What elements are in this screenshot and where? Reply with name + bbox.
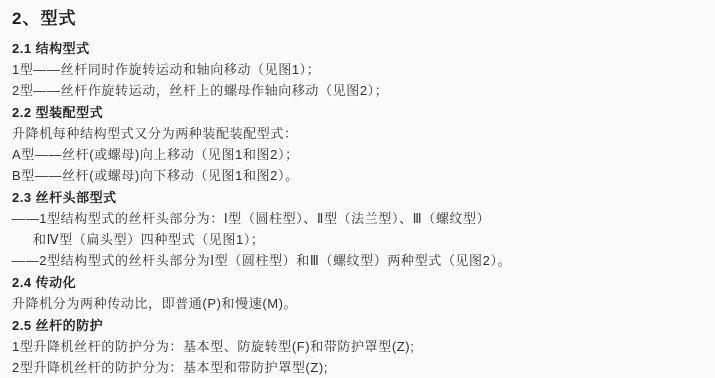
section-heading: 2.5 丝杆的防护 [12, 315, 695, 336]
body-line: 2型升降机丝杆的防护分为：基本型和带防护罩型(Z); [12, 357, 695, 378]
section-screw-head-type: 2.3 丝杆头部型式 ——1型结构型式的丝杆头部分为：Ⅰ型（圆柱型）、Ⅱ型（法兰… [12, 187, 695, 271]
body-line: 1型升降机丝杆的防护分为：基本型、防旋转型(F)和带防护罩型(Z); [12, 336, 695, 357]
section-heading: 2.4 传动化 [12, 272, 695, 293]
body-line: 2型——丝杆作旋转运动，丝杆上的螺母作轴向移动（见图2）； [12, 80, 695, 101]
section-screw-protection: 2.5 丝杆的防护 1型升降机丝杆的防护分为：基本型、防旋转型(F)和带防护罩型… [12, 315, 695, 378]
section-heading: 2.2 型装配型式 [12, 102, 695, 123]
section-transmission: 2.4 传动化 升降机分为两种传动比，即普通(P)和慢速(M)。 [12, 272, 695, 314]
section-heading: 2.1 结构型式 [12, 38, 695, 59]
body-line: 升降机分为两种传动比，即普通(P)和慢速(M)。 [12, 293, 695, 314]
body-line: 升降机每种结构型式又分为两种装配装配型式： [12, 123, 695, 144]
body-line: A型——丝杆(或螺母)向上移动（见图1和图2）； [12, 144, 695, 165]
body-line: ——1型结构型式的丝杆头部分为：Ⅰ型（圆柱型）、Ⅱ型（法兰型）、Ⅲ（螺纹型） [12, 208, 695, 229]
page-title: 2、型式 [12, 7, 695, 31]
body-line: 1型——丝杆同时作旋转运动和轴向移动（见图1）； [12, 59, 695, 80]
body-line: ——2型结构型式的丝杆头部分为Ⅰ型（圆柱型）和Ⅲ（螺纹型）两种型式（见图2）。 [12, 250, 695, 271]
body-line: B型——丝杆(或螺母)向下移动（见图1和图2）。 [12, 165, 695, 186]
section-structure-type: 2.1 结构型式 1型——丝杆同时作旋转运动和轴向移动（见图1）； 2型——丝杆… [12, 38, 695, 101]
document-page: 2、型式 2.1 结构型式 1型——丝杆同时作旋转运动和轴向移动（见图1）； 2… [0, 0, 715, 378]
section-assembly-type: 2.2 型装配型式 升降机每种结构型式又分为两种装配装配型式： A型——丝杆(或… [12, 102, 695, 186]
section-heading: 2.3 丝杆头部型式 [12, 187, 695, 208]
body-line: 和Ⅳ型（扁头型）四种型式（见图1）； [12, 229, 695, 250]
